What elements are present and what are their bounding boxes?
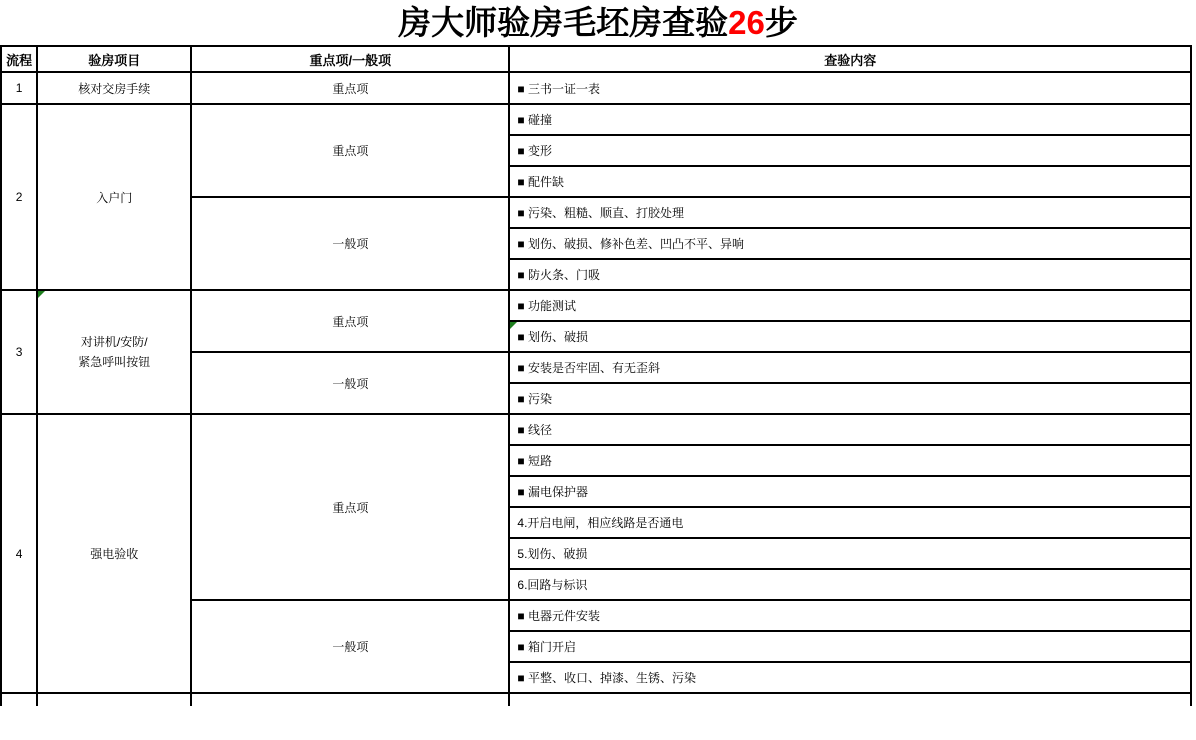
inspection-table: 流程 验房项目 重点项/一般项 查验内容 1 核对交房手续 重点项 ■ 三书一证… xyxy=(0,45,1192,706)
table-header-row: 流程 验房项目 重点项/一般项 查验内容 xyxy=(1,46,1191,72)
content-cell: ■ 功能测试 xyxy=(509,290,1191,321)
content-cell: ■ 划伤、破损 xyxy=(509,321,1191,352)
table-row: 4 强电验收 重点项 ■ 线径 xyxy=(1,414,1191,445)
content-cell: ■ 平整、收口、掉漆、生锈、污染 xyxy=(509,662,1191,693)
priority-cell xyxy=(191,693,509,706)
table-row-partial xyxy=(1,693,1191,706)
content-cell: ■ 划伤、破损、修补色差、凹凸不平、异响 xyxy=(509,228,1191,259)
content-cell: 4.开启电闸，相应线路是否通电 xyxy=(509,507,1191,538)
process-number-cell: 2 xyxy=(1,104,37,290)
process-number-cell xyxy=(1,693,37,706)
header-content: 查验内容 xyxy=(509,46,1191,72)
item-cell: 核对交房手续 xyxy=(37,72,191,104)
item-cell: 入户门 xyxy=(37,104,191,290)
table-row: 3 对讲机/安防/ 紧急呼叫按钮 重点项 ■ 功能测试 xyxy=(1,290,1191,321)
header-item: 验房项目 xyxy=(37,46,191,72)
priority-cell: 一般项 xyxy=(191,600,509,693)
content-cell: ■ 防火条、门吸 xyxy=(509,259,1191,290)
content-cell: ■ 线径 xyxy=(509,414,1191,445)
content-cell: ■ 电器元件安装 xyxy=(509,600,1191,631)
priority-cell: 一般项 xyxy=(191,197,509,290)
content-cell: ■ 箱门开启 xyxy=(509,631,1191,662)
table-row: 1 核对交房手续 重点项 ■ 三书一证一表 xyxy=(1,72,1191,104)
content-cell: ■ 碰撞 xyxy=(509,104,1191,135)
item-line: 对讲机/安防/ xyxy=(38,332,190,352)
content-cell: 6.回路与标识 xyxy=(509,569,1191,600)
content-cell: ■ 三书一证一表 xyxy=(509,72,1191,104)
table-row: 2 入户门 重点项 ■ 碰撞 xyxy=(1,104,1191,135)
content-cell: ■ 污染 xyxy=(509,383,1191,414)
page-title: 房大师验房毛坯房查验26步 xyxy=(0,0,1196,45)
error-indicator-icon xyxy=(510,322,517,329)
priority-cell: 重点项 xyxy=(191,414,509,600)
content-text: ■ 划伤、破损 xyxy=(517,330,588,344)
process-number-cell: 4 xyxy=(1,414,37,693)
content-cell: ■ 短路 xyxy=(509,445,1191,476)
content-cell: ■ 漏电保护器 xyxy=(509,476,1191,507)
header-process: 流程 xyxy=(1,46,37,72)
header-priority: 重点项/一般项 xyxy=(191,46,509,72)
content-cell: ■ 安装是否牢固、有无歪斜 xyxy=(509,352,1191,383)
item-cell: 对讲机/安防/ 紧急呼叫按钮 xyxy=(37,290,191,414)
item-cell xyxy=(37,693,191,706)
process-number-cell: 3 xyxy=(1,290,37,414)
content-cell: ■ 变形 xyxy=(509,135,1191,166)
error-indicator-icon xyxy=(38,291,45,298)
content-cell: ■ 配件缺 xyxy=(509,166,1191,197)
priority-cell: 重点项 xyxy=(191,72,509,104)
page-title-main: 房大师验房毛坯房查验 xyxy=(398,4,728,41)
item-line: 紧急呼叫按钮 xyxy=(38,352,190,372)
page-title-number: 26 xyxy=(728,4,765,41)
priority-cell: 重点项 xyxy=(191,290,509,352)
content-cell: 5.划伤、破损 xyxy=(509,538,1191,569)
page-title-suffix: 步 xyxy=(765,4,798,41)
process-number-cell: 1 xyxy=(1,72,37,104)
priority-cell: 一般项 xyxy=(191,352,509,414)
priority-cell: 重点项 xyxy=(191,104,509,197)
content-cell: ■ 污染、粗糙、顺直、打胶处理 xyxy=(509,197,1191,228)
item-cell: 强电验收 xyxy=(37,414,191,693)
content-cell xyxy=(509,693,1191,706)
